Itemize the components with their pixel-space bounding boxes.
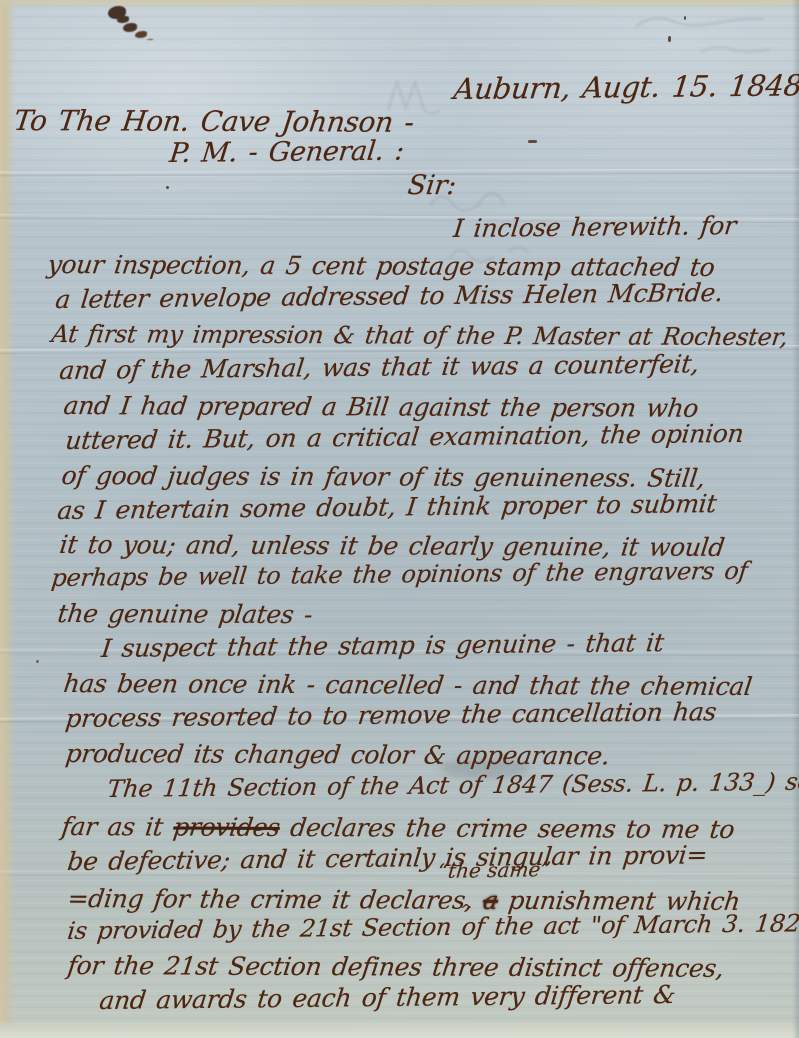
line-text: declares the crime seems to me to (278, 813, 736, 844)
letter-line-with-strikethrough: far as it provides declares the crime se… (60, 812, 736, 844)
recipient-line: To The Hon. Cave Johnson - (12, 104, 416, 139)
ink-speck (36, 660, 39, 663)
salutation: Sir: (406, 170, 458, 201)
letter-line: process resorted to to remove the cancel… (64, 697, 718, 733)
ink-speck (684, 16, 686, 20)
letter-line: your inspection, a 5 cent postage stamp … (46, 250, 716, 282)
letter-line: perhaps be well to take the opinions of … (50, 557, 749, 592)
letter-line: and I had prepared a Bill against the pe… (62, 391, 700, 423)
letter-line: I suspect that the stamp is genuine - th… (100, 628, 665, 663)
letter-line: as I entertain some doubt, I think prope… (56, 489, 718, 525)
letter-line: The 11th Section of the Act of 1847 (Ses… (106, 768, 799, 803)
ink-speck (528, 140, 537, 143)
paper-edge-left (0, 0, 15, 1038)
letter-line: the genuine plates - (56, 599, 314, 629)
letter-line: At first my impression & that of the P. … (50, 320, 789, 351)
letter-line: I inclose herewith. for (452, 211, 738, 243)
letter-line: uttered it. But, on a critical examinati… (64, 419, 745, 455)
letter-line: of good judges is in favor of its genuin… (60, 461, 707, 493)
letter-line: is provided by the 21st Section of the a… (66, 909, 799, 945)
letter-scan-page: Auburn, Augt. 15. 1848. To The Hon. Cave… (0, 0, 799, 1038)
line-text: far as it (60, 812, 175, 841)
line-text: =ding for the crime it declares, (66, 884, 485, 915)
fold-crease (0, 169, 799, 177)
dateline: Auburn, Augt. 15. 1848. (452, 68, 799, 106)
letter-line: and awards to each of them very differen… (98, 980, 677, 1015)
ink-speck (668, 36, 671, 42)
ink-blot (108, 6, 126, 19)
paper-edge-bottom (0, 1020, 799, 1038)
letter-line: be defective; and it certainly is singul… (66, 840, 709, 876)
letter-line: and of the Marshal, was that it was a co… (58, 349, 700, 385)
recipient-line: P. M. - General. : (168, 136, 406, 169)
interlined-insertion: “the same” (437, 857, 552, 883)
letter-line: has been once ink - cancelled - and that… (62, 669, 754, 701)
letter-line: a letter envelope addressed to Miss Hele… (54, 278, 725, 314)
ink-speck (166, 186, 169, 189)
letter-line: for the 21st Section defines three disti… (66, 951, 726, 983)
letter-line: produced its changed color & appearance. (64, 739, 611, 770)
paper-edge-right (792, 0, 799, 1038)
struck-word: provides (172, 812, 282, 841)
